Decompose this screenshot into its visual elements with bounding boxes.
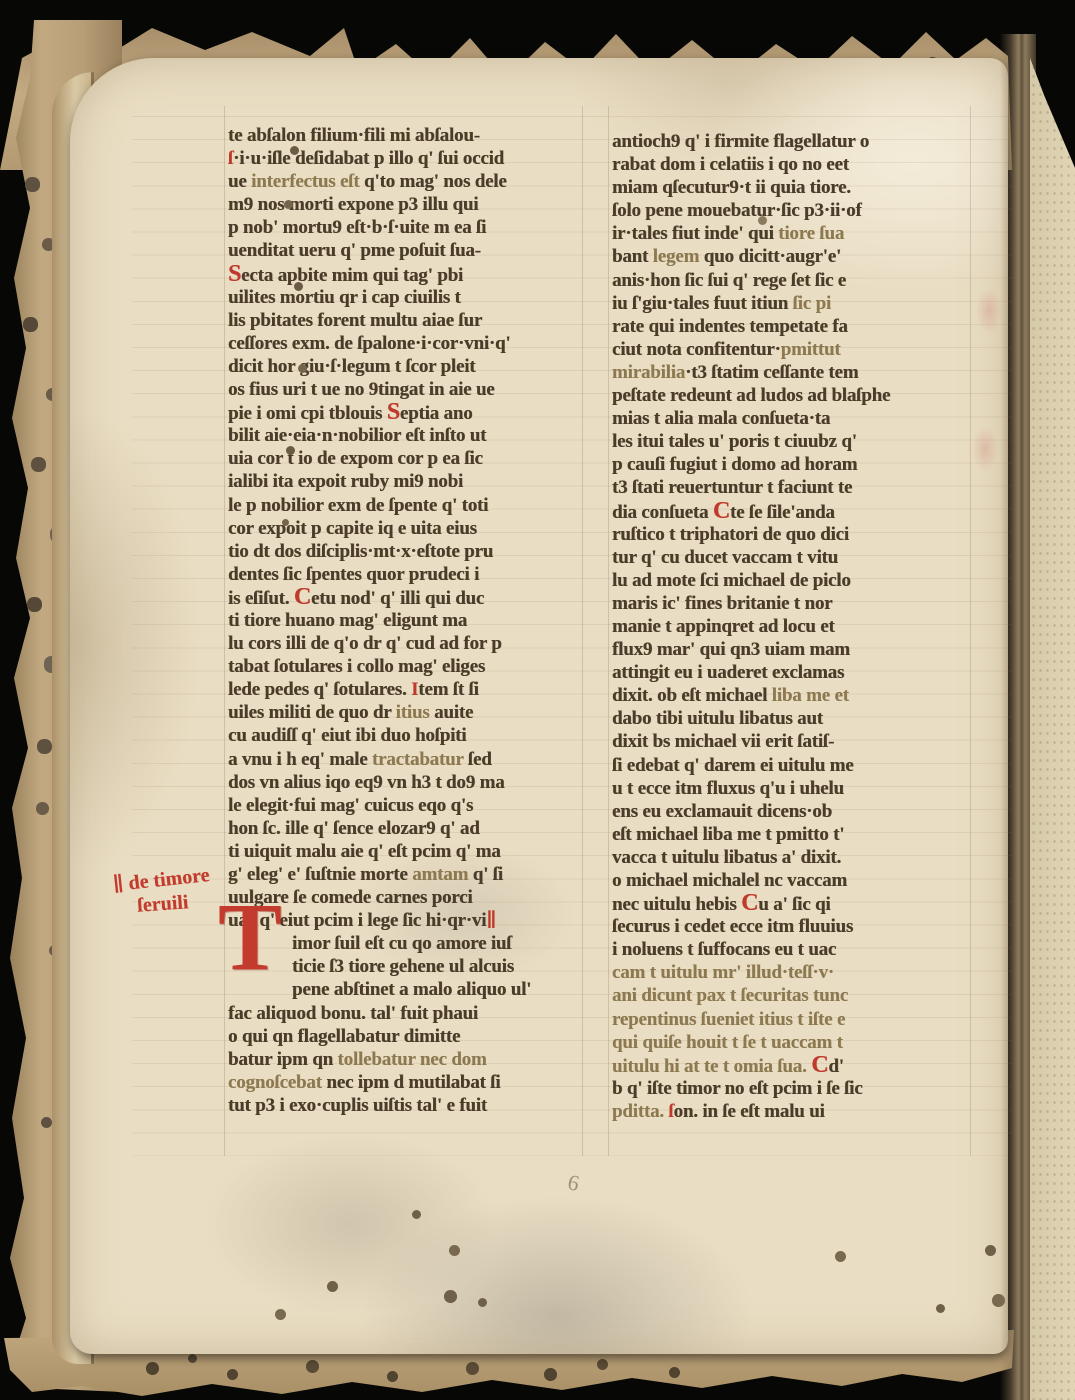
ink-segment: rate qui indentes tempetate fa bbox=[612, 316, 848, 337]
text-line: lu ad mote ſci michael de piclo bbox=[612, 569, 974, 592]
ink-segment: ſic pi bbox=[793, 293, 831, 314]
text-line: bant legem quo dicitt·augr'e' bbox=[612, 245, 974, 268]
ink-segment: tio dt dos diſciplis·mt·x·eſtote pru bbox=[228, 541, 493, 562]
ink-segment: tem ſt ſi bbox=[418, 679, 478, 700]
text-line: cam t uitulu mr' illud·teſſ·v· bbox=[612, 961, 974, 984]
text-line: u t ecce itm fluxus q'u i uhelu bbox=[612, 777, 974, 800]
text-line: ialibi ita expoit ruby mi9 nobi bbox=[228, 470, 590, 493]
text-line: maris ic' fines britanie t nor bbox=[612, 592, 974, 615]
text-line: fac aliquod bonu. tal' fuit phaui bbox=[228, 1002, 590, 1025]
ink-segment: lu ad mote ſci michael de piclo bbox=[612, 570, 851, 591]
pigment-offset-stain bbox=[972, 426, 998, 472]
photo-background: te abſalon filium·fili mi abſalou-ſ·i·u·… bbox=[0, 0, 1075, 1400]
text-line: cognoſcebat nec ipm d mutilabat ſi bbox=[228, 1071, 590, 1094]
text-line: ens eu exclamauit dicens·ob bbox=[612, 800, 974, 823]
ink-segment: o qui qn flagellabatur dimitte bbox=[228, 1026, 460, 1047]
text-line: ti tiore huano mag' eligunt ma bbox=[228, 609, 590, 632]
text-line: pie i omi cpi tblouis Septia ano bbox=[228, 401, 590, 424]
ink-segment: p cauſi fugiut i domo ad horam bbox=[612, 454, 857, 475]
text-line: cor expoit p capite iq e uita eius bbox=[228, 517, 590, 540]
text-column-left: te abſalon filium·fili mi abſalou-ſ·i·u·… bbox=[228, 124, 590, 1117]
rubric-segment: S bbox=[387, 399, 400, 425]
ink-segment: u a' ſic qi bbox=[758, 894, 830, 915]
text-line: uenditat ueru q' pme poſuit ſua- bbox=[228, 239, 590, 262]
text-line: g' eleg' e' ſuſtnie morte amtam q' ſi bbox=[228, 863, 590, 886]
ink-segment: q' ſi bbox=[468, 864, 503, 885]
text-line: ſ·i·u·iſle deſidabat p illo q' ſui occid bbox=[228, 147, 590, 170]
text-line: iu ſ'giu·tales fuut itiun ſic pi bbox=[612, 292, 974, 315]
ink-segment: ticie ſ3 tiore gehene ul alcuis bbox=[292, 956, 514, 977]
ink-segment: eſt michael liba me t pmitto t' bbox=[612, 824, 844, 845]
ink-segment: pie i omi cpi tblouis bbox=[228, 403, 387, 424]
text-line: uia cor t io de expom cor p ea ſic bbox=[228, 447, 590, 470]
ink-segment: ſolo pene mouebatur·ſic p3·ii·of bbox=[612, 200, 862, 221]
text-line: pene abſtinet a malo aliquo ul' bbox=[228, 978, 590, 1001]
manuscript-page: te abſalon filium·fili mi abſalou-ſ·i·u·… bbox=[70, 58, 1008, 1354]
column-rule bbox=[608, 106, 609, 1156]
ink-segment: ecta apbite mim qui tag' pbi bbox=[241, 265, 463, 286]
text-line: cu audiſſ q' eiut ibi duo hoſpiti bbox=[228, 724, 590, 747]
ink-segment: ens eu exclamauit dicens·ob bbox=[612, 801, 832, 822]
ink-segment: quo dicitt·augr'e' bbox=[699, 246, 841, 267]
ink-segment: ue bbox=[228, 171, 251, 192]
text-line: imor ſuil eſt cu qo amore iuſ bbox=[228, 932, 590, 955]
ink-segment: ·t3 ſtatim ceſſante tem bbox=[685, 362, 858, 383]
text-line: p cauſi fugiut i domo ad horam bbox=[612, 453, 974, 476]
ink-segment: pditta. bbox=[612, 1101, 668, 1122]
ink-segment: fac aliquod bonu. tal' fuit phaui bbox=[228, 1003, 478, 1024]
ink-segment: ceſſores exm. de ſpalone·i·cor·vni·q' bbox=[228, 333, 511, 354]
ink-segment: iu ſ'giu·tales fuut itiun bbox=[612, 293, 793, 314]
ink-segment: uitulu hi at te t omia ſua. bbox=[612, 1056, 811, 1077]
ink-segment: ciut nota confitentur· bbox=[612, 339, 781, 360]
text-line: ſi edebat q' darem ei uitulu me bbox=[612, 754, 974, 777]
ink-segment: uenditat ueru q' pme poſuit ſua- bbox=[228, 240, 481, 261]
ink-segment: batur ipm qn bbox=[228, 1049, 338, 1070]
text-line: dixit. ob eſt michael liba me et bbox=[612, 684, 974, 707]
ink-segment: bant bbox=[612, 246, 653, 267]
ink-segment: os fius uri t ue no 9tingat in aie ue bbox=[228, 379, 495, 400]
text-line: ani dicunt pax t ſecuritas tunc bbox=[612, 984, 974, 1007]
ink-segment: dixit bs michael vii erit ſatiſ- bbox=[612, 731, 834, 752]
ink-segment: uiles militi de quo dr bbox=[228, 702, 396, 723]
ink-segment: manie t appinqret ad locu et bbox=[612, 616, 835, 637]
text-line: manie t appinqret ad locu et bbox=[612, 615, 974, 638]
ink-segment: antioch9 q' i firmite flagellatur o bbox=[612, 131, 869, 152]
text-line: dia conſueta Cte ſe ſile'anda bbox=[612, 500, 974, 523]
ink-segment: imor ſuil eſt cu qo amore iuſ bbox=[292, 933, 511, 954]
text-line: te abſalon filium·fili mi abſalou- bbox=[228, 124, 590, 147]
ink-segment: cognoſcebat bbox=[228, 1072, 322, 1093]
text-line: mias t alia mala conſueta·ta bbox=[612, 407, 974, 430]
text-line: eſt michael liba me t pmitto t' bbox=[612, 823, 974, 846]
ink-segment: anis·hon ſic ſui q' rege ſet ſic e bbox=[612, 270, 846, 291]
ink-segment: les itui tales u' poris t ciuubz q' bbox=[612, 431, 857, 452]
ink-segment: liba me et bbox=[772, 685, 849, 706]
ink-segment: dabo tibi uitulu libatus aut bbox=[612, 708, 823, 729]
text-line: ſolo pene mouebatur·ſic p3·ii·of bbox=[612, 199, 974, 222]
text-line: uulgare ſe comede carnes porci bbox=[228, 886, 590, 909]
marginal-rubric: ∥ de timore ſeruili bbox=[112, 863, 213, 921]
text-line: t3 ſtati reuertuntur t faciunt te bbox=[612, 476, 974, 499]
text-line: mirabilia·t3 ſtatim ceſſante tem bbox=[612, 361, 974, 384]
ink-segment: bilit aie·eia·n·nobilior eſt inſto ut bbox=[228, 425, 486, 446]
wormholes-page bbox=[0, 0, 5, 5]
text-line: p nob' mortu9 eſt·b·ſ·uite m ea ſi bbox=[228, 216, 590, 239]
text-line: tut p3 i exo·cuplis uiſtis tal' e fuit bbox=[228, 1094, 590, 1117]
text-line: lis pbitates forent multu aiae ſur bbox=[228, 309, 590, 332]
ink-segment: tractabatur bbox=[372, 749, 463, 770]
text-line: lu cors illi de q'o dr q' cud ad for p bbox=[228, 632, 590, 655]
text-line: uitulu hi at te t omia ſua. Cd' bbox=[612, 1054, 974, 1077]
ink-segment: ti tiore huano mag' eligunt ma bbox=[228, 610, 467, 631]
ink-segment: i noluens t ſuffocans eu t uac bbox=[612, 939, 836, 960]
ink-segment: ani dicunt pax t ſecuritas tunc bbox=[612, 985, 848, 1006]
ink-segment: dixit. ob eſt michael bbox=[612, 685, 772, 706]
rubric-segment: C bbox=[294, 584, 311, 610]
ink-segment: tollebatur nec dom bbox=[338, 1049, 487, 1070]
ink-segment: b q' iſte timor no eſt pcim i ſe ſic bbox=[612, 1078, 863, 1099]
ink-segment: te abſalon filium·fili mi abſalou- bbox=[228, 125, 480, 146]
rubric-segment: C bbox=[811, 1052, 828, 1078]
ink-segment: amtam bbox=[412, 864, 468, 885]
text-line: uas q' eiut pcim i lege ſic hi·qr·vi∥ bbox=[228, 909, 590, 932]
ink-segment: legem bbox=[653, 246, 699, 267]
ink-segment: lu cors illi de q'o dr q' cud ad for p bbox=[228, 633, 502, 654]
ink-segment: dos vn alius iqo eq9 vn h3 t do9 ma bbox=[228, 772, 505, 793]
ink-segment: te ſe ſile'anda bbox=[730, 502, 835, 523]
ink-segment: ·i·u·iſle deſidabat p illo q' ſui occid bbox=[233, 148, 504, 169]
text-line: uilites mortiu qr i cap ciuilis t bbox=[228, 286, 590, 309]
text-line: is eſiſut. Cetu nod' q' illi qui duc bbox=[228, 586, 590, 609]
text-line: tur q' cu ducet vaccam t vitu bbox=[612, 546, 974, 569]
rubric-segment: S bbox=[228, 261, 241, 287]
text-line: rate qui indentes tempetate fa bbox=[612, 315, 974, 338]
ink-segment: auite bbox=[430, 702, 474, 723]
text-line: bilit aie·eia·n·nobilior eſt inſto ut bbox=[228, 424, 590, 447]
text-line: vacca t uitulu libatus a' dixit. bbox=[612, 846, 974, 869]
ink-segment: hon ſc. ille q' ſence elozar9 q' ad bbox=[228, 818, 480, 839]
text-line: batur ipm qn tollebatur nec dom bbox=[228, 1048, 590, 1071]
ink-segment: mias t alia mala conſueta·ta bbox=[612, 408, 830, 429]
text-line: attingit eu i uaderet exclamas bbox=[612, 661, 974, 684]
ink-segment: le elegit·fui mag' cuicus eqo q's bbox=[228, 795, 473, 816]
text-line: hon ſc. ille q' ſence elozar9 q' ad bbox=[228, 817, 590, 840]
ink-segment: ti uiquit malu aie q' eſt pcim q' ma bbox=[228, 841, 501, 862]
text-line: dos vn alius iqo eq9 vn h3 t do9 ma bbox=[228, 771, 590, 794]
ink-segment: flux9 mar' qui qn3 uiam mam bbox=[612, 639, 850, 660]
text-line: tio dt dos diſciplis·mt·x·eſtote pru bbox=[228, 540, 590, 563]
drop-cap-initial: T bbox=[218, 900, 282, 975]
ink-segment: d' bbox=[828, 1056, 843, 1077]
text-line: repentinus ſueniet itius t iſte e bbox=[612, 1008, 974, 1031]
ink-segment: tabat ſotulares i collo mag' eliges bbox=[228, 656, 485, 677]
text-line: antioch9 q' i firmite flagellatur o bbox=[612, 130, 974, 153]
text-line: flux9 mar' qui qn3 uiam mam bbox=[612, 638, 974, 661]
text-line: nec uitulu hebis Cu a' ſic qi bbox=[612, 892, 974, 915]
ink-segment: repentinus ſueniet itius t iſte e bbox=[612, 1009, 845, 1030]
text-line: miam qſecutur9·t ii quia tiore. bbox=[612, 176, 974, 199]
text-line: o michael michalel nc vaccam bbox=[612, 869, 974, 892]
text-line: qui quiſe houit t ſe t uaccam t bbox=[612, 1031, 974, 1054]
ink-segment: nec ipm d mutilabat ſi bbox=[322, 1072, 501, 1093]
text-line: a vnu i h eq' male tractabatur ſed bbox=[228, 748, 590, 771]
ink-segment: u t ecce itm fluxus q'u i uhelu bbox=[612, 778, 844, 799]
text-line: peſtate redeunt ad ludos ad blaſphe bbox=[612, 384, 974, 407]
ink-segment: miam qſecutur9·t ii quia tiore. bbox=[612, 177, 851, 198]
text-line: les itui tales u' poris t ciuubz q' bbox=[612, 430, 974, 453]
text-line: dentes ſic ſpentes quor prudeci i bbox=[228, 563, 590, 586]
text-line: ir·tales fiut inde' qui tiore ſua bbox=[612, 222, 974, 245]
ink-segment: dia conſueta bbox=[612, 502, 713, 523]
ink-segment: tut p3 i exo·cuplis uiſtis tal' e fuit bbox=[228, 1095, 487, 1116]
ink-segment: tur q' cu ducet vaccam t vitu bbox=[612, 547, 838, 568]
text-line: dabo tibi uitulu libatus aut bbox=[612, 707, 974, 730]
ink-segment: p nob' mortu9 eſt·b·ſ·uite m ea ſi bbox=[228, 217, 486, 238]
ink-segment: maris ic' fines britanie t nor bbox=[612, 593, 832, 614]
ink-segment: ialibi ita expoit ruby mi9 nobi bbox=[228, 471, 463, 492]
ink-segment: t3 ſtati reuertuntur t faciunt te bbox=[612, 477, 852, 498]
ink-segment: pmittut bbox=[781, 339, 841, 360]
text-line: lede pedes q' ſotulares. Item ſt ſi bbox=[228, 678, 590, 701]
ink-segment: rabat dom i celatiis i qo no eet bbox=[612, 154, 849, 175]
ink-segment: peſtate redeunt ad ludos ad blaſphe bbox=[612, 385, 890, 406]
text-line: dixit bs michael vii erit ſatiſ- bbox=[612, 730, 974, 753]
ink-segment: le p nobilior exm de ſpente q' toti bbox=[228, 495, 488, 516]
text-line: tabat ſotulares i collo mag' eliges bbox=[228, 655, 590, 678]
ink-segment: dicit hor giu·ſ·legum t ſcor pleit bbox=[228, 356, 475, 377]
ink-segment: cu audiſſ q' eiut ibi duo hoſpiti bbox=[228, 725, 466, 746]
text-line: i noluens t ſuffocans eu t uac bbox=[612, 938, 974, 961]
text-line: ue interfectus eſt q'to mag' nos dele bbox=[228, 170, 590, 193]
ink-segment: dentes ſic ſpentes quor prudeci i bbox=[228, 564, 479, 585]
ink-segment: is eſiſut. bbox=[228, 588, 294, 609]
ink-segment: m9 nos morti expone p3 illu qui bbox=[228, 194, 478, 215]
ink-segment: ſed bbox=[463, 749, 491, 770]
text-line: ſecurus i cedet ecce itm fluuius bbox=[612, 915, 974, 938]
pigment-offset-stain bbox=[976, 288, 1002, 334]
text-line: dicit hor giu·ſ·legum t ſcor pleit bbox=[228, 355, 590, 378]
text-line: anis·hon ſic ſui q' rege ſet ſic e bbox=[612, 269, 974, 292]
ink-segment: qui quiſe houit t ſe t uaccam t bbox=[612, 1032, 843, 1053]
ink-segment: uia cor t io de expom cor p ea ſic bbox=[228, 448, 483, 469]
ink-segment: ſecurus i cedet ecce itm fluuius bbox=[612, 916, 853, 937]
facing-page-edge bbox=[1030, 0, 1075, 1400]
text-line: ciut nota confitentur·pmittut bbox=[612, 338, 974, 361]
text-line: o qui qn flagellabatur dimitte bbox=[228, 1025, 590, 1048]
text-column-right: antioch9 q' i firmite flagellatur orabat… bbox=[612, 130, 974, 1123]
folio-number: 6 bbox=[565, 1169, 581, 1197]
ink-segment: lis pbitates forent multu aiae ſur bbox=[228, 310, 482, 331]
ink-segment: cor expoit p capite iq e uita eius bbox=[228, 518, 477, 539]
ink-segment: nec uitulu hebis bbox=[612, 894, 741, 915]
ink-segment: ir·tales fiut inde' qui bbox=[612, 223, 778, 244]
text-line: ruſtico t triphatori de quo dici bbox=[612, 523, 974, 546]
text-line: ti uiquit malu aie q' eſt pcim q' ma bbox=[228, 840, 590, 863]
ink-segment: g' eleg' e' ſuſtnie morte bbox=[228, 864, 412, 885]
ink-segment: cam t uitulu mr' illud·teſſ·v· bbox=[612, 962, 834, 983]
ink-segment: interfectus eſt bbox=[251, 171, 359, 192]
rubric-segment: C bbox=[713, 498, 730, 524]
text-line: ticie ſ3 tiore gehene ul alcuis bbox=[228, 955, 590, 978]
rubric-segment: C bbox=[741, 890, 758, 916]
ink-segment: ſi edebat q' darem ei uitulu me bbox=[612, 755, 854, 776]
ink-segment: tiore ſua bbox=[778, 223, 844, 244]
text-line: rabat dom i celatiis i qo no eet bbox=[612, 153, 974, 176]
ink-segment: uilites mortiu qr i cap ciuilis t bbox=[228, 287, 461, 308]
ink-segment: lede pedes q' ſotulares. bbox=[228, 679, 411, 700]
text-line: m9 nos morti expone p3 illu qui bbox=[228, 193, 590, 216]
text-line: os fius uri t ue no 9tingat in aie ue bbox=[228, 378, 590, 401]
ink-segment: mirabilia bbox=[612, 362, 685, 383]
text-line: uiles militi de quo dr itius auite bbox=[228, 701, 590, 724]
column-rule bbox=[224, 106, 225, 1156]
ink-segment: o michael michalel nc vaccam bbox=[612, 870, 847, 891]
ink-segment: eptia ano bbox=[400, 403, 473, 424]
ink-segment: attingit eu i uaderet exclamas bbox=[612, 662, 844, 683]
paraph-mark: ∥ bbox=[112, 873, 125, 896]
ink-segment: itius bbox=[396, 702, 430, 723]
text-line: le p nobilior exm de ſpente q' toti bbox=[228, 494, 590, 517]
rubric-segment: ∥ bbox=[486, 910, 496, 931]
ink-segment: on. in ſe eſt malu ui bbox=[674, 1101, 825, 1122]
ink-segment: vacca t uitulu libatus a' dixit. bbox=[612, 847, 841, 868]
text-line: b q' iſte timor no eſt pcim i ſe ſic bbox=[612, 1077, 974, 1100]
ink-segment: q'to mag' nos dele bbox=[359, 171, 506, 192]
ink-segment: pene abſtinet a malo aliquo ul' bbox=[292, 979, 531, 1000]
text-line: pditta. ſon. in ſe eſt malu ui bbox=[612, 1100, 974, 1123]
ink-segment: a vnu i h eq' male bbox=[228, 749, 372, 770]
text-line: Secta apbite mim qui tag' pbi bbox=[228, 263, 590, 286]
ink-segment: etu nod' q' illi qui duc bbox=[311, 588, 484, 609]
text-line: ceſſores exm. de ſpalone·i·cor·vni·q' bbox=[228, 332, 590, 355]
text-line: le elegit·fui mag' cuicus eqo q's bbox=[228, 794, 590, 817]
ink-segment: ruſtico t triphatori de quo dici bbox=[612, 524, 849, 545]
